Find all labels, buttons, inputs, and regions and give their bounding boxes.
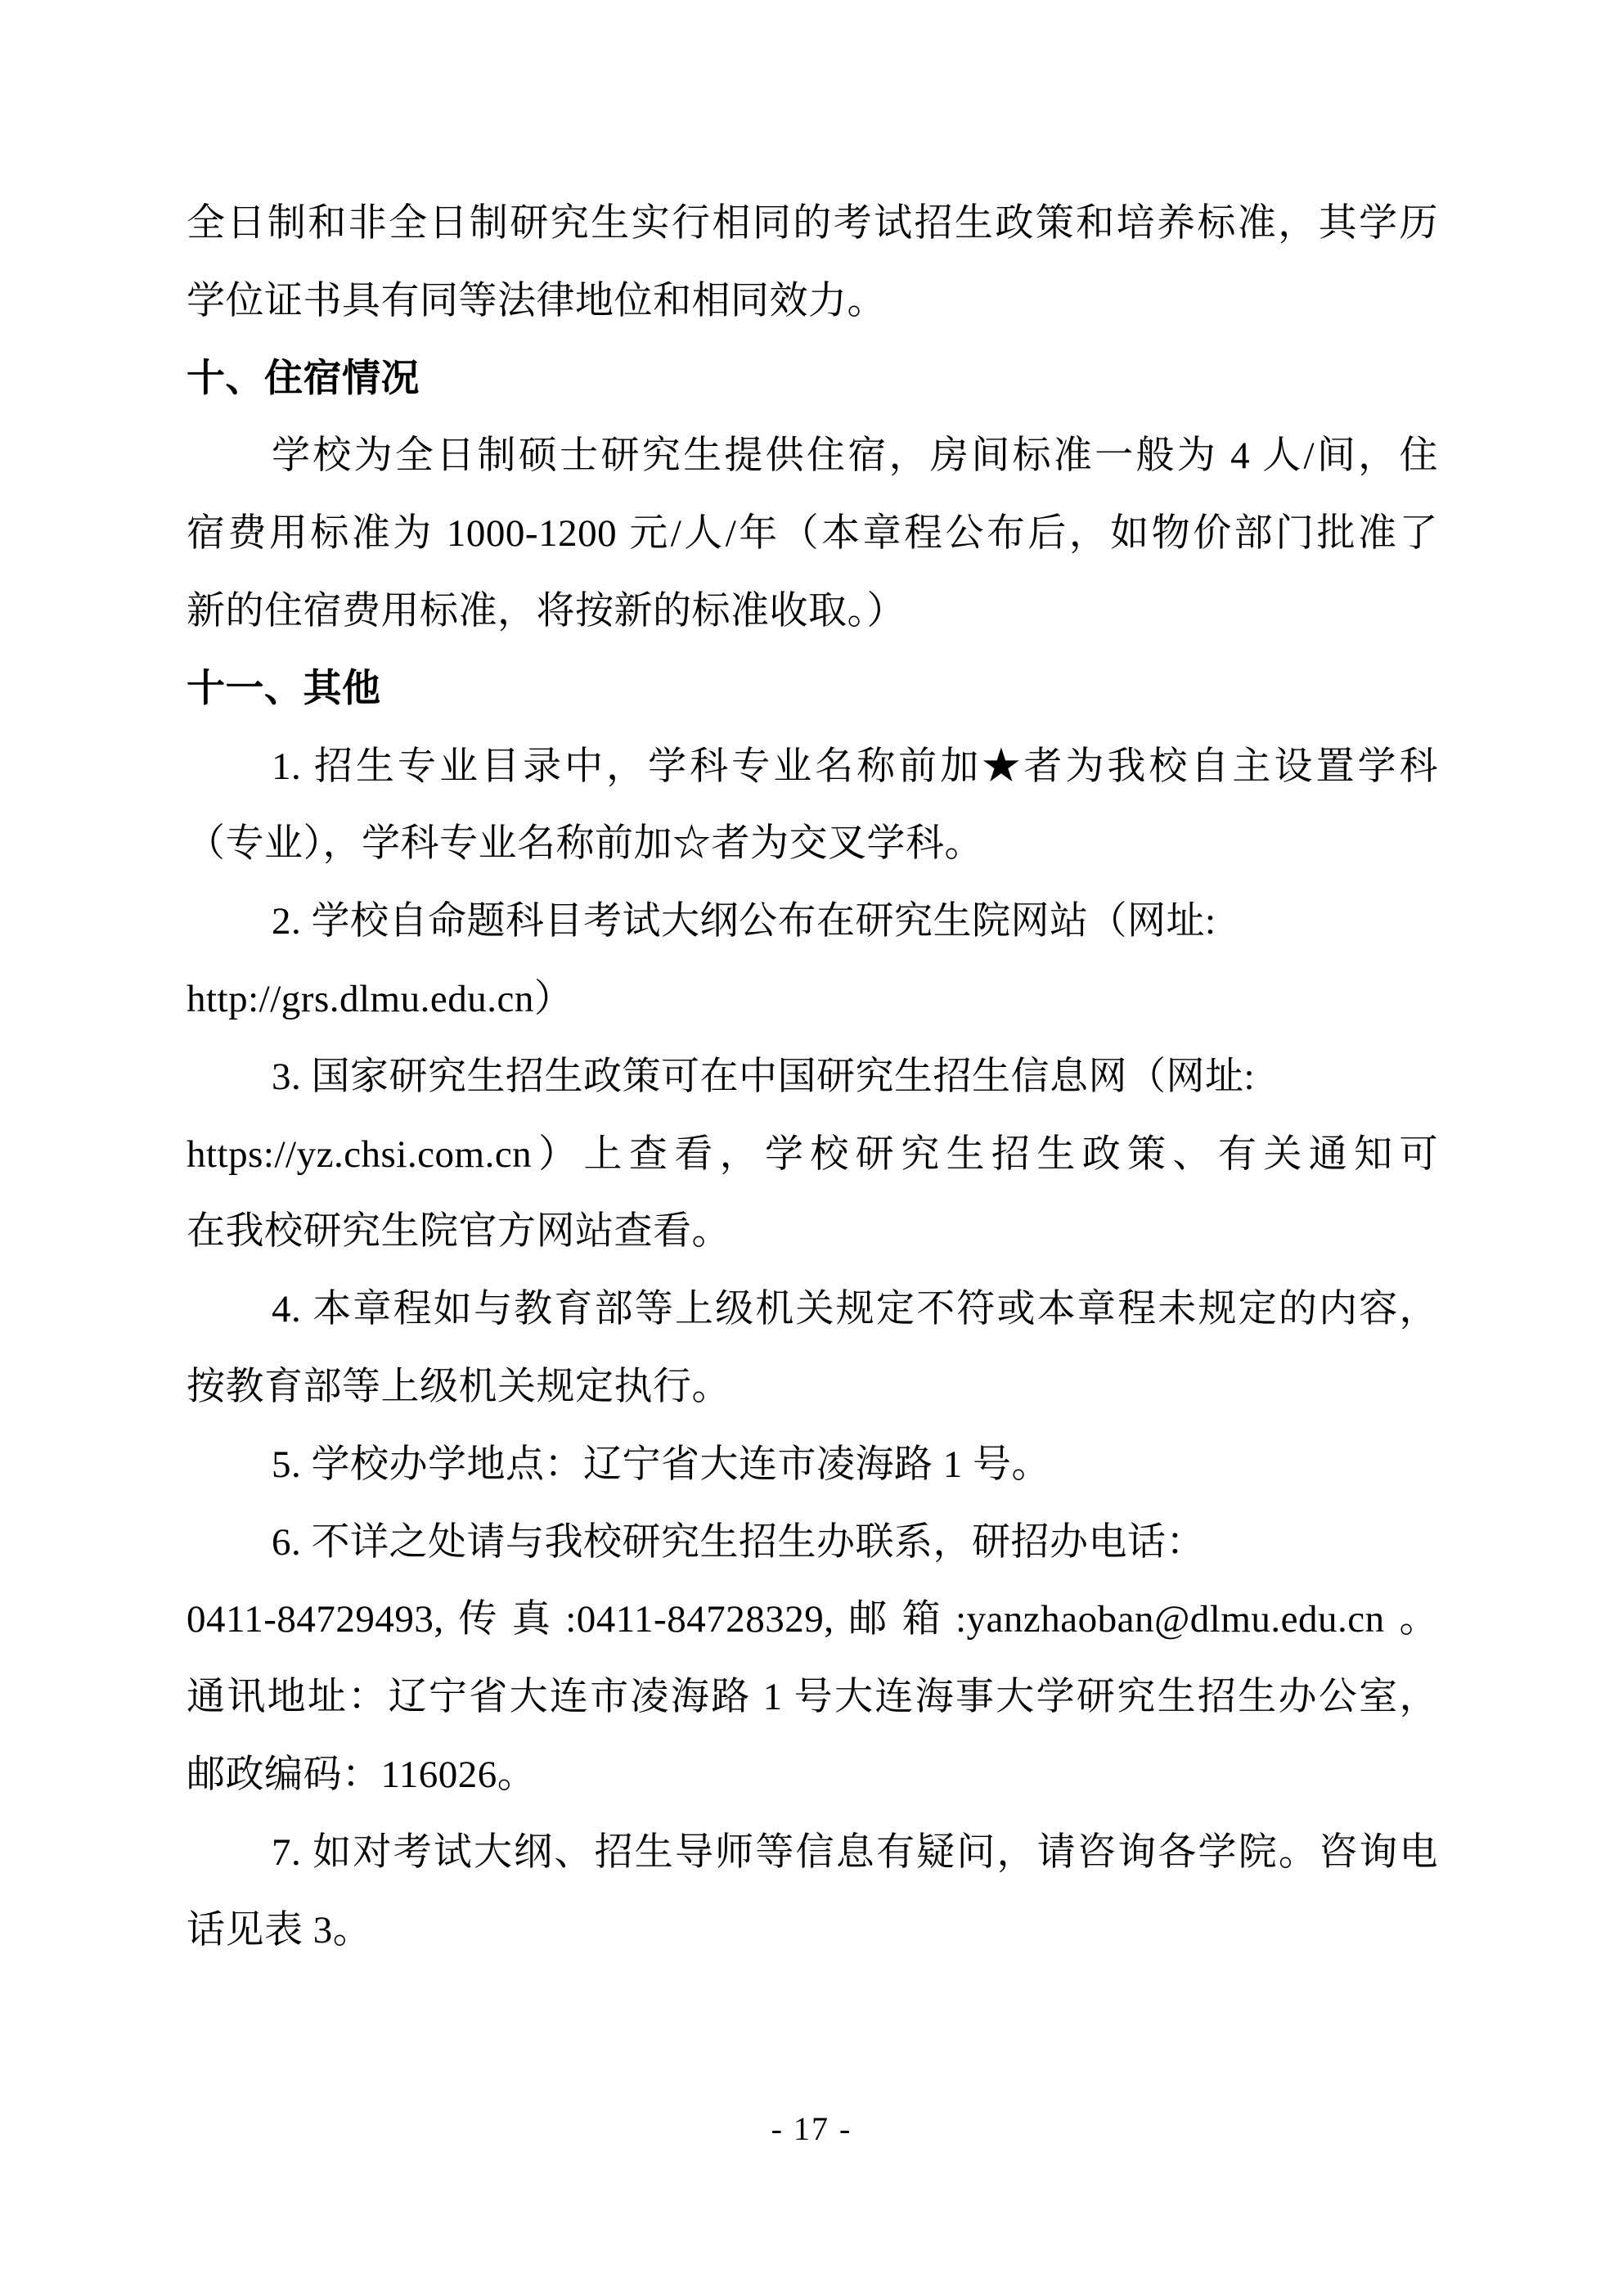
- contact-info-line: 0411-84729493,传真:0411-84728329,邮箱:yanzha…: [187, 1581, 1438, 1659]
- text-line: 在我校研究生院官方网站查看。: [187, 1193, 1438, 1271]
- text-line: 6. 不详之处请与我校研究生招生办联系，研招办电话：: [187, 1504, 1438, 1582]
- mailing-address-line: 通讯地址：辽宁省大连市凌海路 1 号大连海事大学研究生招生办公室，: [187, 1659, 1438, 1736]
- document-body: 全日制和非全日制研究生实行相同的考试招生政策和培养标准，其学历 学位证书具有同等…: [187, 185, 1438, 1969]
- text-line: 7. 如对考试大纲、招生导师等信息有疑问，请咨询各学院。咨询电: [187, 1814, 1438, 1892]
- url-text-grs: http://grs.dlmu.edu.cn）: [187, 961, 1438, 1038]
- text-line: 4. 本章程如与教育部等上级机关规定不符或本章程未规定的内容，: [187, 1271, 1438, 1348]
- page-number: - 17 -: [0, 2109, 1623, 2149]
- url-text-chsi: https://yz.chsi.com.cn）上查看，学校研究生招生政策、有关通…: [187, 1116, 1438, 1194]
- section-heading-other: 十一、其他: [187, 651, 1438, 728]
- text-line: 学校为全日制硕士研究生提供住宿，房间标准一般为 4 人/间，住: [187, 417, 1438, 495]
- text-line: 1. 招生专业目录中，学科专业名称前加★者为我校自主设置学科: [187, 728, 1438, 806]
- document-page: 全日制和非全日制研究生实行相同的考试招生政策和培养标准，其学历 学位证书具有同等…: [0, 0, 1623, 2296]
- text-line: 话见表 3。: [187, 1892, 1438, 1970]
- text-line: 宿费用标准为 1000-1200 元/人/年（本章程公布后，如物价部门批准了: [187, 495, 1438, 573]
- text-line: 新的住宿费用标准，将按新的标准收取。）: [187, 573, 1438, 651]
- text-line: 全日制和非全日制研究生实行相同的考试招生政策和培养标准，其学历: [187, 185, 1438, 263]
- text-line: 2. 学校自命题科目考试大纲公布在研究生院网站（网址:: [187, 883, 1438, 961]
- postal-code-line: 邮政编码：116026。: [187, 1736, 1438, 1814]
- text-line: 按教育部等上级机关规定执行。: [187, 1348, 1438, 1426]
- text-line: （专业），学科专业名称前加☆者为交叉学科。: [187, 805, 1438, 883]
- text-line: 5. 学校办学地点：辽宁省大连市凌海路 1 号。: [187, 1426, 1438, 1504]
- section-heading-housing: 十、住宿情况: [187, 340, 1438, 418]
- text-line: 3. 国家研究生招生政策可在中国研究生招生信息网（网址:: [187, 1038, 1438, 1116]
- text-line: 学位证书具有同等法律地位和相同效力。: [187, 263, 1438, 340]
